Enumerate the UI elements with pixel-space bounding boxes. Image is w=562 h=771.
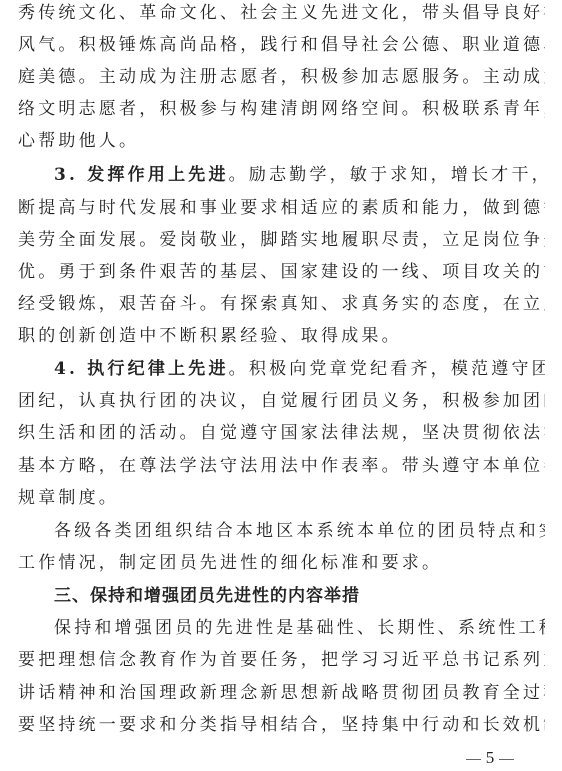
body-line: 工作情况，制定团员先进性的细化标准和要求。: [18, 552, 545, 574]
body-line: 讲话精神和治国理政新理念新思想新战略贯彻团员教育全过程。: [18, 682, 545, 704]
item-3-title: 3. 发挥作用上先进: [54, 165, 229, 185]
body-line: 秀传统文化、革命文化、社会主义先进文化，带头倡导良好社会: [18, 2, 545, 24]
document-page: 秀传统文化、革命文化、社会主义先进文化，带头倡导良好社会 风气。积极锤炼高尚品格…: [0, 0, 562, 771]
body-line: 要把理想信念教育作为首要任务，把学习习近平总书记系列重要: [18, 649, 545, 671]
item-4-line: 4. 执行纪律上先进。积极向党章党纪看齐，模范遵守团章: [54, 358, 545, 380]
item-3-line: 3. 发挥作用上先进。励志勤学，敏于求知，增长才干，不: [54, 164, 545, 186]
body-line: 团纪，认真执行团的决议，自觉履行团员义务，积极参加团的组: [18, 390, 545, 412]
body-line: 优。勇于到条件艰苦的基层、国家建设的一线、项目攻关的前沿: [18, 261, 545, 283]
body-line: 织生活和团的活动。自觉遵守国家法律法规，坚决贯彻依法治国: [18, 422, 545, 444]
body-line: 各级各类团组织结合本地区本系统本单位的团员特点和实际: [54, 520, 545, 542]
item-3-text: 。励志勤学，敏于求知，增长才干，不: [229, 165, 545, 185]
body-line: 经受锻炼，艰苦奋斗。有探索真知、求真务实的态度，在立足本: [18, 293, 545, 315]
body-line: 断提高与时代发展和事业要求相适应的素质和能力，做到德智体: [18, 197, 545, 219]
body-line: 规章制度。: [18, 487, 545, 509]
body-line: 络文明志愿者，积极参与构建清朗网络空间。积极联系青年，热: [18, 98, 545, 120]
body-line: 心帮助他人。: [18, 130, 545, 152]
body-line: 美劳全面发展。爱岗敬业，脚踏实地履职尽责，立足岗位争先创: [18, 229, 545, 251]
section-heading: 三、保持和增强团员先进性的内容举措: [54, 585, 545, 607]
body-line: 风气。积极锤炼高尚品格，践行和倡导社会公德、职业道德、家: [18, 34, 545, 56]
dash-right: [499, 759, 514, 760]
body-line: 基本方略，在尊法学法守法用法中作表率。带头遵守本单位各项: [18, 455, 545, 477]
body-line: 要坚持统一要求和分类指导相结合，坚持集中行动和长效机制相: [18, 714, 545, 736]
body-line: 保持和增强团员的先进性是基础性、长期性、系统性工程。: [54, 617, 545, 639]
item-4-title: 4. 执行纪律上先进: [54, 359, 229, 379]
page-number-value: 5: [486, 748, 495, 767]
page-number: 5: [455, 747, 525, 769]
item-4-text: 。积极向党章党纪看齐，模范遵守团章: [229, 359, 545, 379]
dash-left: [466, 759, 481, 760]
body-line: 庭美德。主动成为注册志愿者，积极参加志愿服务。主动成为网: [18, 66, 545, 88]
body-line: 职的创新创造中不断积累经验、取得成果。: [18, 325, 545, 347]
